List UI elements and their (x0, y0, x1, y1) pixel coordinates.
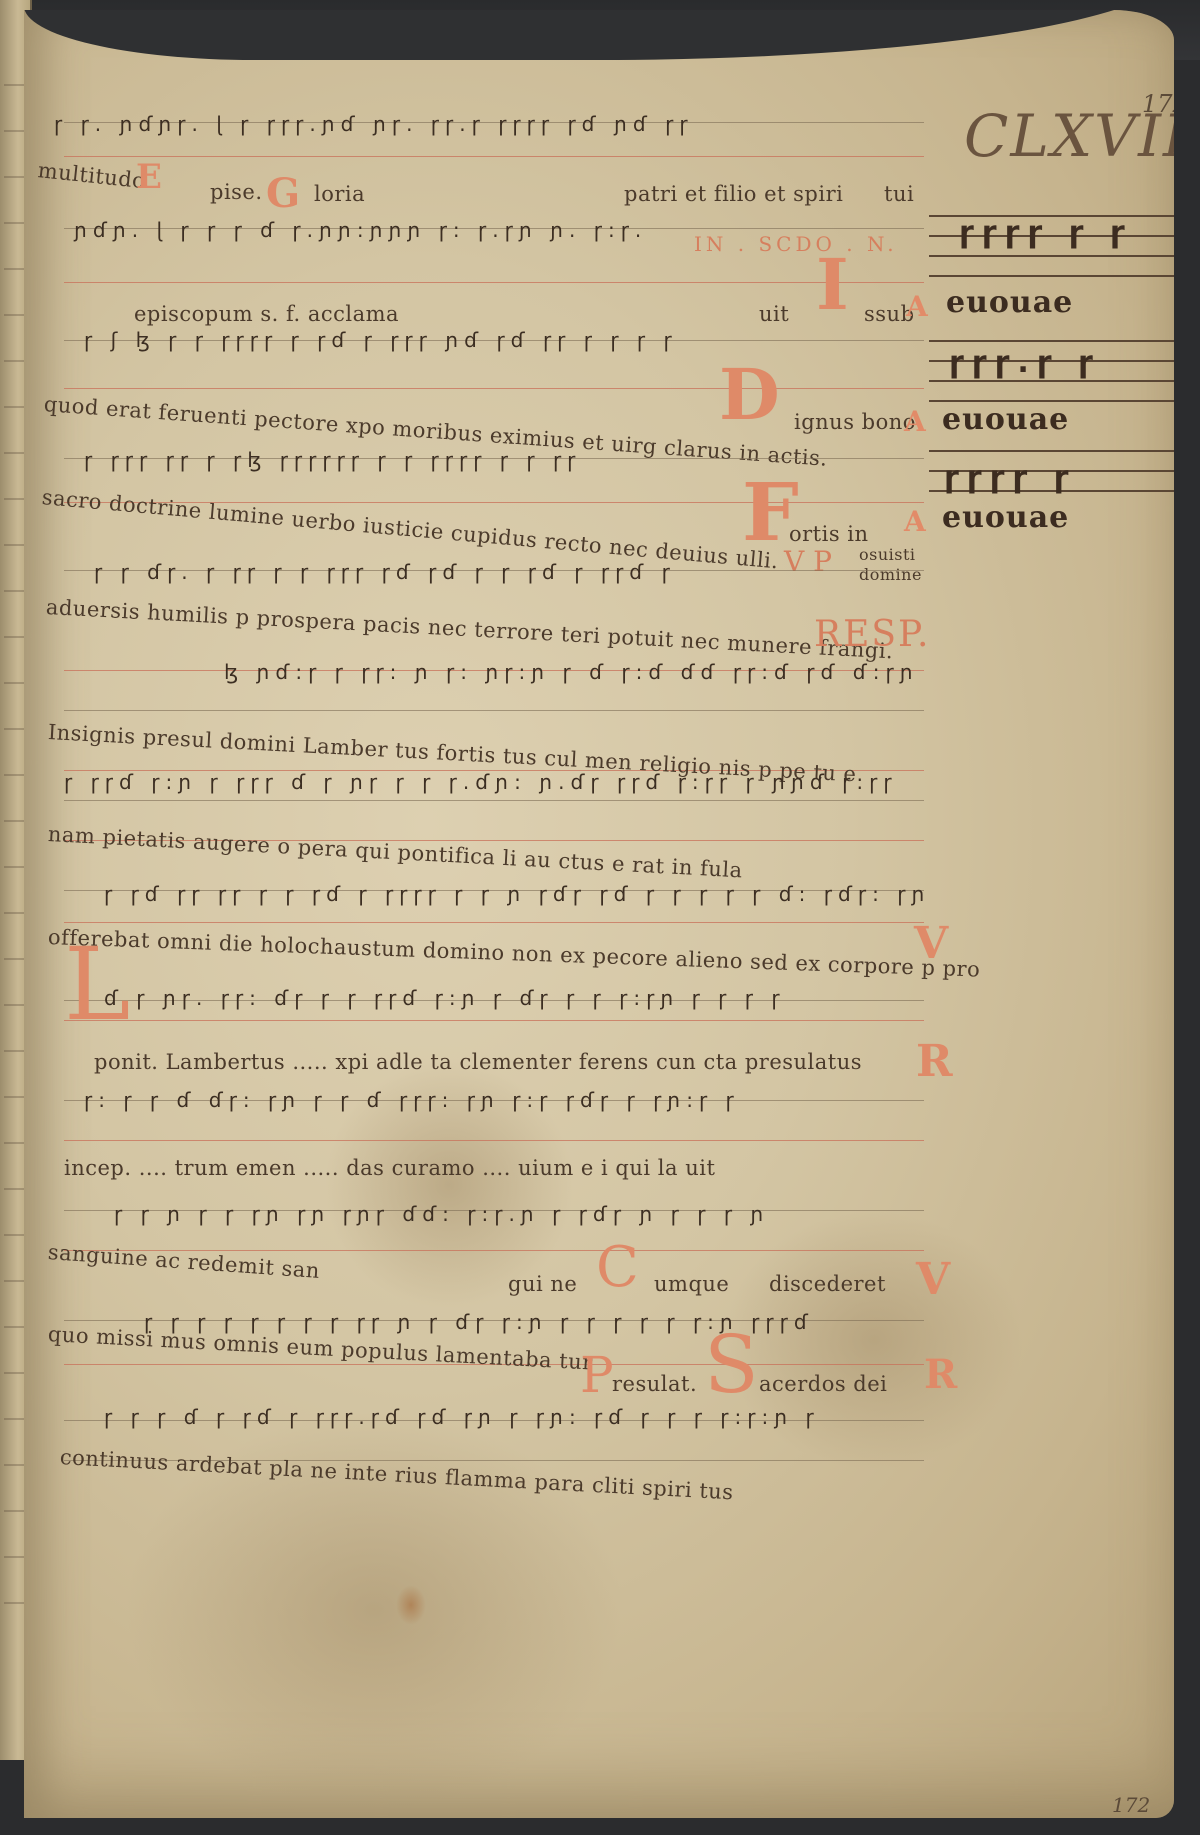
initial-P: P (580, 1350, 614, 1400)
ink-blot (396, 1585, 426, 1625)
initial-G: G (266, 174, 300, 214)
initial-C: C (596, 1240, 639, 1296)
neume-line-1: ɼ ɼ. ɲɗɲɼ. ɭ ɼ ɼɼɼ.ɲɗ ɲɼ. ɼɼ.ɼ ɼɼɼɼ ɼɗ ɲ… (54, 112, 694, 136)
text-line-7: nam pietatis augere o pera qui pontifica… (47, 822, 743, 882)
text-line-11d: discederet (769, 1272, 886, 1296)
neume-line-2: ɲɗɲ. ɭ ɼ ɼ ɼ ɗ ɼ.ɲɲ:ɲɲɲ ɼ: ɼ.ɼɲ ɲ. ɼ:ɼ. (74, 218, 647, 242)
neume-line-4: ɼ ɼɼɼ ɼɼ ɼ ɼɮ ɼɼɼɼɼɼ ɼ ɼ ɼɼɼɼ ɼ ɼ ɼɼ (84, 448, 581, 472)
initial-I: I (816, 250, 849, 320)
rubric-in-secundo-nocturno: IN . SCDO . N. (694, 232, 898, 256)
responsory-marker-R-1: R (916, 1040, 953, 1084)
text-line-4b: ortis in (789, 522, 869, 546)
manuscript-page: CLXVIII 172 172 ɼ ɼ. ɲɗɲɼ. ɭ ɼ ɼɼɼ.ɲɗ ɲɼ… (24, 10, 1174, 1818)
text-line-11b: gui ne (508, 1272, 577, 1296)
text-line-10: incep. .... trum emen ..... das curamo .… (64, 1156, 715, 1180)
text-line-1c: loria (314, 182, 365, 206)
folio-number-bottom: 172 (1112, 1793, 1150, 1817)
margin-neume-2: ɼɼɼ.ɼ ɼ (949, 345, 1101, 380)
rubric-responsorium: RESP. (814, 614, 930, 655)
margin-euouae-2: euouae (942, 402, 1069, 437)
text-line-1e: tui (884, 182, 914, 206)
neume-line-5: ɼ ɼ ɗɼ. ɼ ɼɼ ɼ ɼ ɼɼɼ ɼɗ ɼɗ ɼ ɼ ɼɗ ɼ ɼɼɗ … (94, 560, 676, 584)
text-line-4c: osuisti domine (859, 545, 929, 585)
neume-line-10: ɼ: ɼ ɼ ɗ ɗɼ: ɼɲ ɼ ɼ ɗ ɼɼɼ: ɼɲ ɼ:ɼ ɼɗɼ ɼ … (84, 1088, 740, 1112)
text-line-12c: acerdos dei (759, 1372, 887, 1396)
margin-marker-A-1: A (906, 290, 928, 323)
text-line-3b: ignus bono (794, 410, 916, 434)
text-line-2b: uit (759, 302, 789, 326)
text-line-12b: resulat. (612, 1372, 697, 1396)
margin-marker-A-3: A (904, 505, 926, 538)
initial-S: S (704, 1325, 759, 1405)
rubric-VP: V P (784, 545, 832, 578)
neume-line-7: ɼ ɼɼɗ ɼ:ɲ ɼ ɼɼɼ ɗ ɼ ɲɼ ɼ ɼ ɼ.ɗɲ: ɲ.ɗɼ ɼɼ… (64, 770, 898, 794)
neume-line-9: ɗ ɼ ɲɼ. ɼɼ: ɗɼ ɼ ɼ ɼɼɗ ɼ:ɲ ɼ ɗɼ ɼ ɼ ɼ:ɼɲ… (104, 986, 786, 1010)
folio-number-top: 172 (1142, 90, 1174, 118)
margin-euouae-3: euouae (942, 500, 1069, 535)
versus-marker-V-2: V (916, 1258, 950, 1302)
versus-marker-V-1: V (914, 922, 948, 966)
text-line-1d: patri et filio et spiri (624, 182, 843, 206)
margin-marker-A-2: A (904, 405, 926, 438)
text-line-11a: sanguine ac redemit san (47, 1240, 321, 1283)
responsory-marker-R-2: R (924, 1355, 957, 1395)
neume-line-3: ɼ ʃ ɮ ɼ ɼ ɼɼɼɼ ɼ ɼɗ ɼ ɼɼɼ ɲɗ ɼɗ ɼɼ ɼ ɼ ɼ… (84, 328, 678, 352)
text-line-1b: pise. (210, 180, 263, 204)
neume-line-8: ɼ ɼɗ ɼɼ ɼɼ ɼ ɼ ɼɗ ɼ ɼɼɼɼ ɼ ɼ ɲ ɼɗɼ ɼɗ ɼ … (104, 882, 930, 906)
margin-neume-3: ɼɼɼɼ ɼ (944, 460, 1076, 495)
text-line-5: aduersis humilis p prospera pacis nec te… (45, 595, 893, 663)
margin-neume-1: ɼɼɼɼ ɼ ɼ (959, 215, 1133, 250)
text-line-9: ponit. Lambertus ..... xpi adle ta cleme… (94, 1050, 862, 1074)
margin-euouae-1: euouae (946, 285, 1073, 320)
text-line-1a: multitudo (37, 158, 147, 193)
neume-line-6: ɮ ɲɗ:ɼ ɼ ɼɼ: ɲ ɼ: ɲɼ:ɲ ɼ ɗ ɼ:ɗ ɗɗ ɼɼ:ɗ ɼ… (224, 660, 919, 684)
initial-D: D (719, 360, 780, 430)
text-line-8: offerebat omni die holochaustum domino n… (48, 925, 981, 982)
neume-line-11: ɼ ɼ ɲ ɼ ɼ ɼɲ ɼɲ ɼɲɼ ɗɗ: ɼ:ɼ.ɲ ɼ ɼɗɼ ɲ ɼ … (114, 1202, 769, 1226)
neume-line-13: ɼ ɼ ɼ ɗ ɼ ɼɗ ɼ ɼɼɼ.ɼɗ ɼɗ ɼɲ ɼ ɼɲ: ɼɗ ɼ ɼ… (104, 1405, 820, 1429)
initial-E: E (136, 160, 162, 194)
initial-L: L (64, 935, 130, 1035)
text-line-2a: episcopum s. f. acclama (134, 302, 399, 326)
text-line-11c: umque (654, 1272, 729, 1296)
